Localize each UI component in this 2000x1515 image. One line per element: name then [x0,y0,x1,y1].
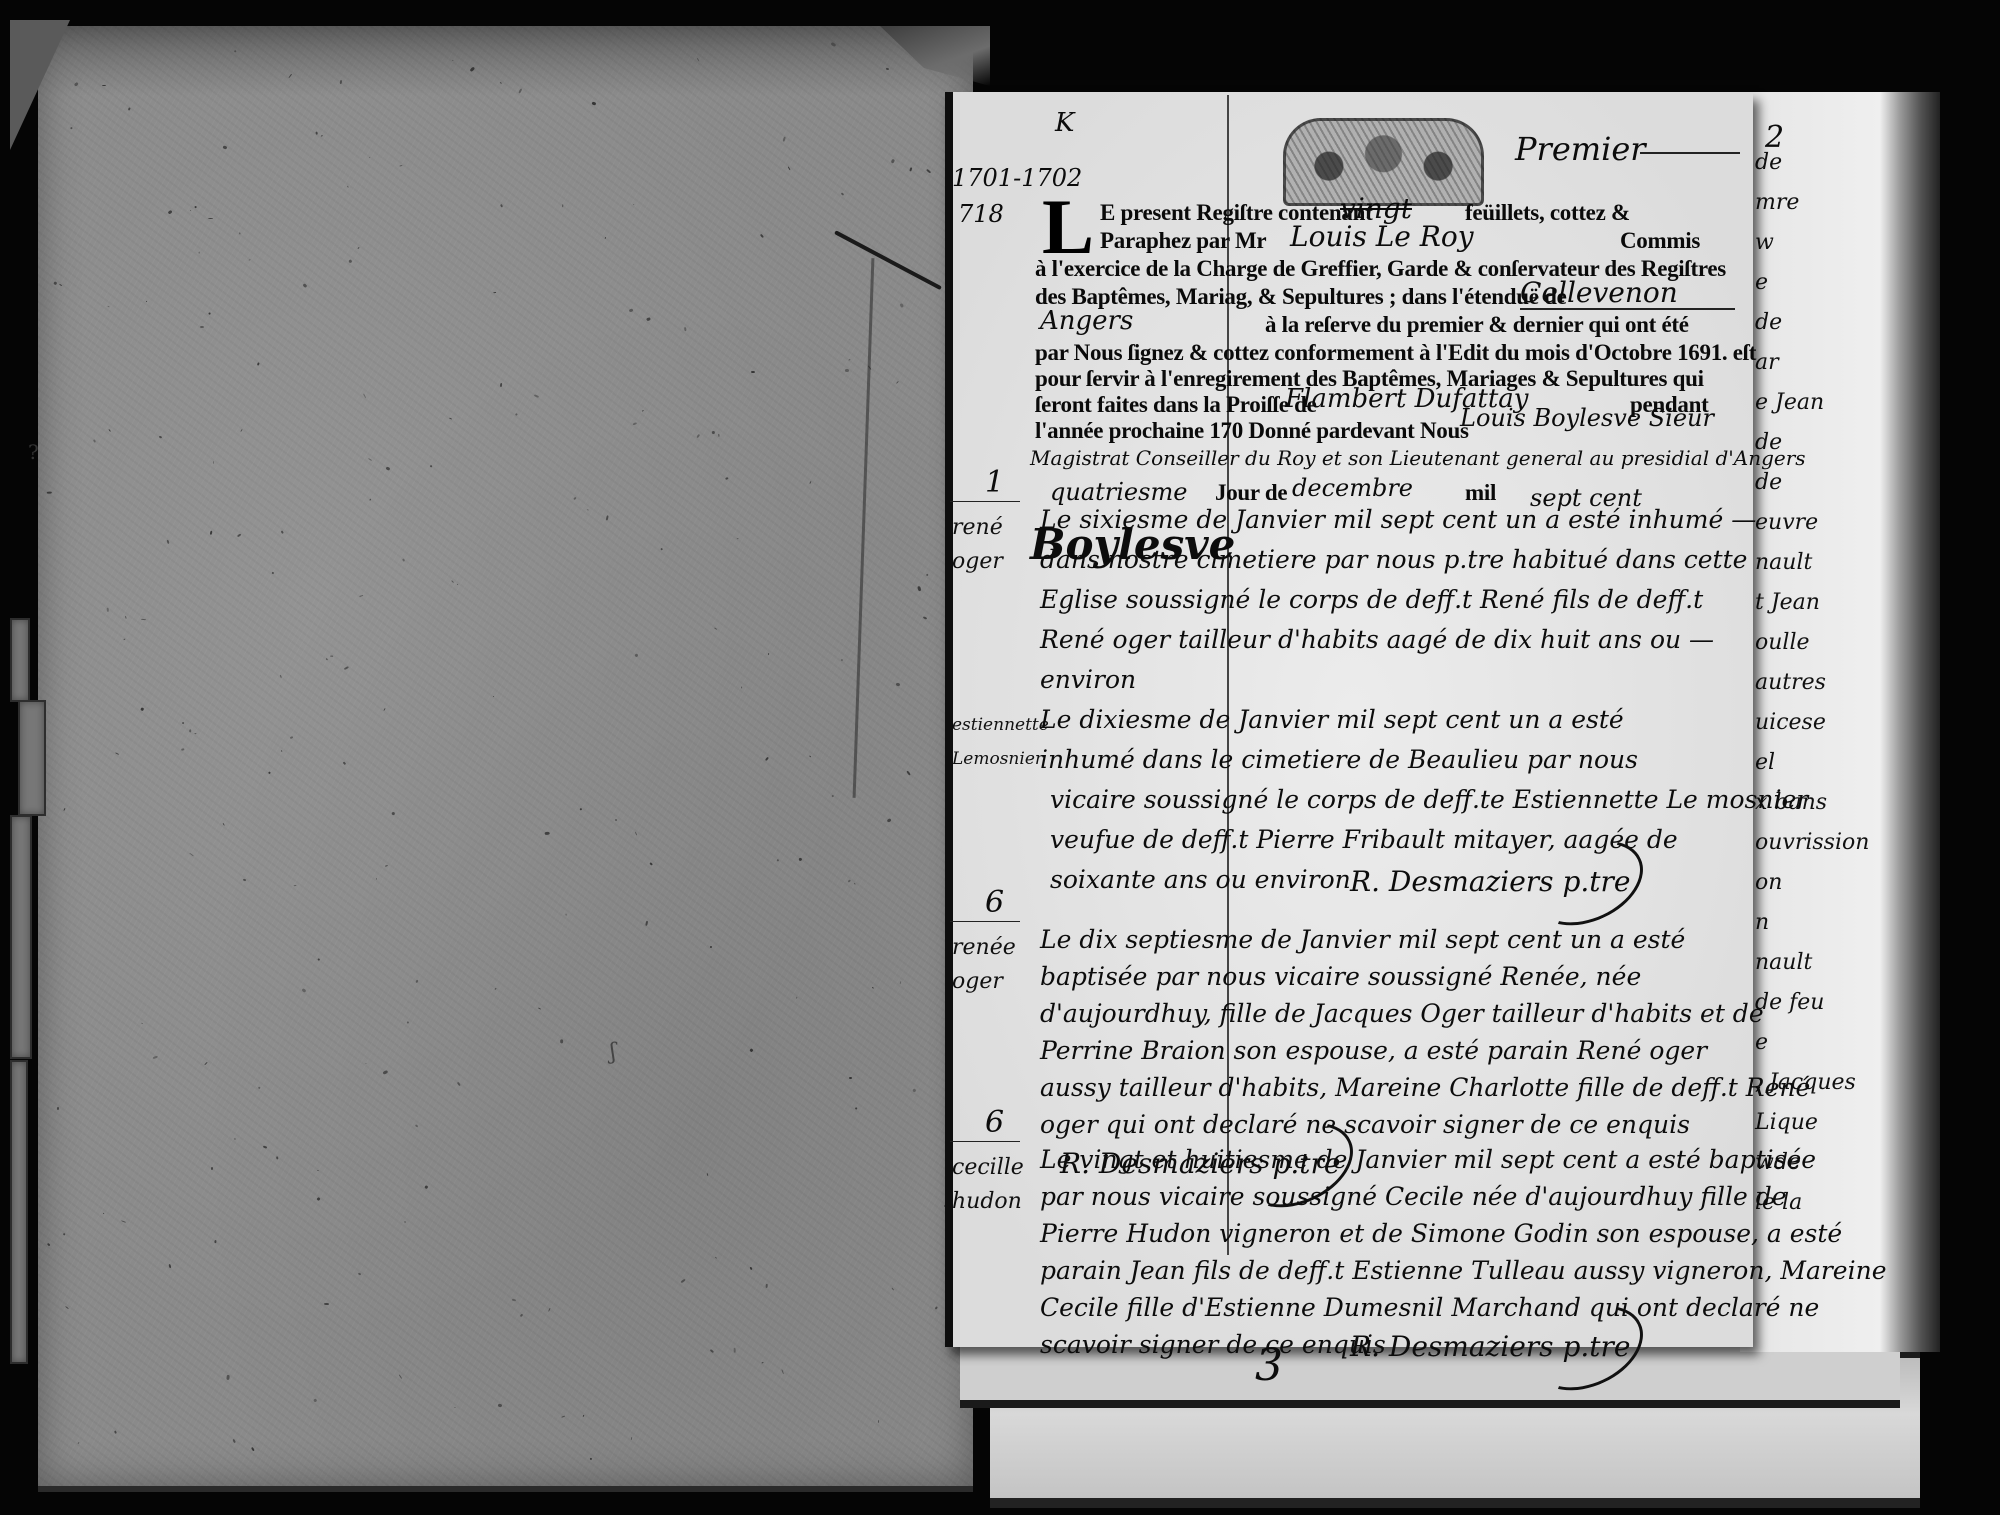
underlying-text-fragment: n [1755,910,1769,935]
margin-name: oger [952,549,1003,574]
handwritten-jurisdiction: Cellevenon [1520,276,1678,309]
printed-line: ſeront faites dans la Proiſſe de [1035,392,1317,418]
paper-speck [615,818,617,820]
ink-rule [950,1141,1020,1142]
cover-torn-corner-left [10,20,70,150]
page-bottom-mark: 3 [1255,1340,1283,1391]
entry-text-line: inhumé dans le cimetiere de Beaulieu par… [1040,745,1638,774]
entry-text-line: Le dix septiesme de Janvier mil sept cen… [1040,925,1685,954]
underlying-text-fragment: autres [1755,670,1826,695]
paper-speck [766,1284,768,1288]
margin-name: cecille [952,1155,1024,1180]
underlying-text-fragment: ouvrission [1755,830,1869,855]
paper-speck [709,946,711,948]
printed-line: Paraphez par Mr [1100,228,1266,254]
entry-text-line: René oger tailleur d'habits aagé de dix … [1040,625,1714,654]
paper-speck [57,1107,59,1110]
underlying-text-fragment: t Jean [1755,590,1820,615]
paper-speck [545,831,550,834]
ink-rule [950,921,1020,922]
binding-tab [10,1060,28,1364]
entry-text-line: Perrine Braion son espouse, a esté parai… [1040,1036,1707,1065]
printed-feuillets: feüillets, cottez & [1465,200,1630,226]
register-number: 718 [958,200,1004,228]
printed-commis: Commis [1620,228,1700,254]
handwritten-commissioner: Louis Le Roy [1290,220,1474,253]
paper-speck [214,1240,216,1243]
paper-speck [512,1298,516,1300]
underlying-text-fragment: euvre [1755,510,1818,535]
underlying-text-fragment: uicese [1755,710,1826,735]
paper-speck [499,383,502,387]
entry-text-line: d'aujourdhuy, fille de Jacques Oger tail… [1040,999,1764,1028]
cover-top-fold-shadow [38,26,973,96]
entry-number: 6 [985,1105,1004,1140]
margin-name: hudon [952,1189,1022,1214]
paper-speck [313,1398,317,1402]
paper-speck [454,1406,456,1408]
cover-ink-mark: ʃ [610,1040,616,1065]
cover-pencil-mark: ? [28,440,39,464]
underlying-text-fragment: nault [1755,550,1812,575]
underlying-text-fragment: de [1755,310,1782,335]
handwritten-before: Louis Boylesve Sieur [1460,404,1714,432]
paper-speck [845,368,849,371]
handwritten-day: quatriesme [1050,478,1187,506]
binding-tab [10,618,30,702]
register-cover-board [38,26,973,1492]
entry-number: 6 [985,885,1004,920]
ink-rule [950,501,1020,502]
printed-jour-de: Jour de [1215,480,1287,506]
margin-name: renée [952,935,1016,960]
premier-label: Premier [1515,130,1646,168]
underlying-text-fragment: e [1755,1030,1768,1055]
paper-speck [733,1347,736,1352]
paper-speck [885,67,889,69]
printed-line: l'année prochaine 170 Donné pardevant No… [1035,418,1469,444]
underlying-text-fragment: de [1755,470,1782,495]
paper-speck [751,370,755,372]
underlying-text-fragment: de feu [1755,990,1824,1015]
entry-text-line: oger qui ont declaré ne scavoir signer d… [1040,1110,1690,1139]
handwritten-month: decembre [1292,474,1413,502]
entry-text-line: Pierre Hudon vigneron et de Simone Godin… [1040,1219,1842,1248]
paper-speck [736,538,738,540]
printed-line: à la reſerve du premier & dernier qui on… [1265,312,1689,338]
handwritten-jurisdiction-2: Angers [1040,306,1133,336]
paper-speck [324,1303,329,1306]
page-number-right: 2 [1765,120,1784,155]
paper-speck [407,1021,409,1024]
entry-text-line: Le vingt et huitiesme de Janvier mil sep… [1040,1145,1816,1174]
printed-mil: mil [1465,480,1496,506]
entry-text-line: aussy tailleur d'habits, Mareine Charlot… [1040,1073,1810,1102]
entry-text-line: scavoir signer de ce enquis [1040,1330,1386,1359]
entry-text-line: baptisée par nous vicaire soussigné René… [1040,962,1641,991]
underlying-text-fragment: e [1755,270,1768,295]
underlying-text-fragment: on [1755,870,1782,895]
underlying-text-fragment: Lique [1755,1110,1818,1135]
underlying-text-fragment: oulle [1755,630,1810,655]
margin-name: oger [952,969,1003,994]
entry-text-line: Eglise soussigné le corps de deff.t René… [1040,585,1703,614]
underlying-text-fragment: nault [1755,950,1812,975]
entry-text-line: parain Jean fils de deff.t Estienne Tull… [1040,1256,1886,1285]
drop-cap-L: L [1042,188,1094,266]
entry-text-line: Le dixiesme de Janvier mil sept cent un … [1040,705,1624,734]
underlying-text-fragment: e Jean [1755,390,1824,415]
entry-number: 1 [985,465,1004,500]
margin-name: estiennette [952,715,1049,735]
underlying-text-fragment: el [1755,750,1775,775]
margin-name: Lemosnier [952,749,1043,769]
underlying-text-fragment: w [1755,230,1774,255]
ink-rule [1640,152,1740,154]
underlying-text-fragment: ar [1755,350,1779,375]
paper-speck [376,878,377,880]
binding-tab [18,700,46,816]
entry-text-line: environ [1040,665,1136,694]
ink-rule [1520,308,1735,310]
paper-speck [725,477,728,480]
handwritten-magistrate: Magistrat Conseiller du Roy et son Lieut… [1030,446,1806,470]
folio-mark: K [1055,108,1074,138]
paper-speck [47,491,52,493]
paper-speck [239,232,241,235]
entry-text-line: soixante ans ou environ [1050,865,1351,894]
binding-tab [10,815,32,1059]
underlying-text-fragment: mre [1755,190,1799,215]
paper-speck [562,204,564,207]
entry-text-line: dans nostre cimetiere par nous p.tre hab… [1040,545,1747,574]
margin-name: rené [952,515,1003,540]
printed-line: par Nous ſignez & cottez conformement à … [1035,340,1756,366]
paper-speck [315,131,318,134]
entry-text-line: par nous vicaire soussigné Cecile née d'… [1040,1182,1787,1211]
entry-text-line: Cecile fille d'Estienne Dumesnil Marchan… [1040,1293,1819,1322]
entry-text-line: Le sixiesme de Janvier mil sept cent un … [1040,505,1756,534]
entry-text-line: vicaire soussigné le corps de deff.te Es… [1050,785,1808,814]
